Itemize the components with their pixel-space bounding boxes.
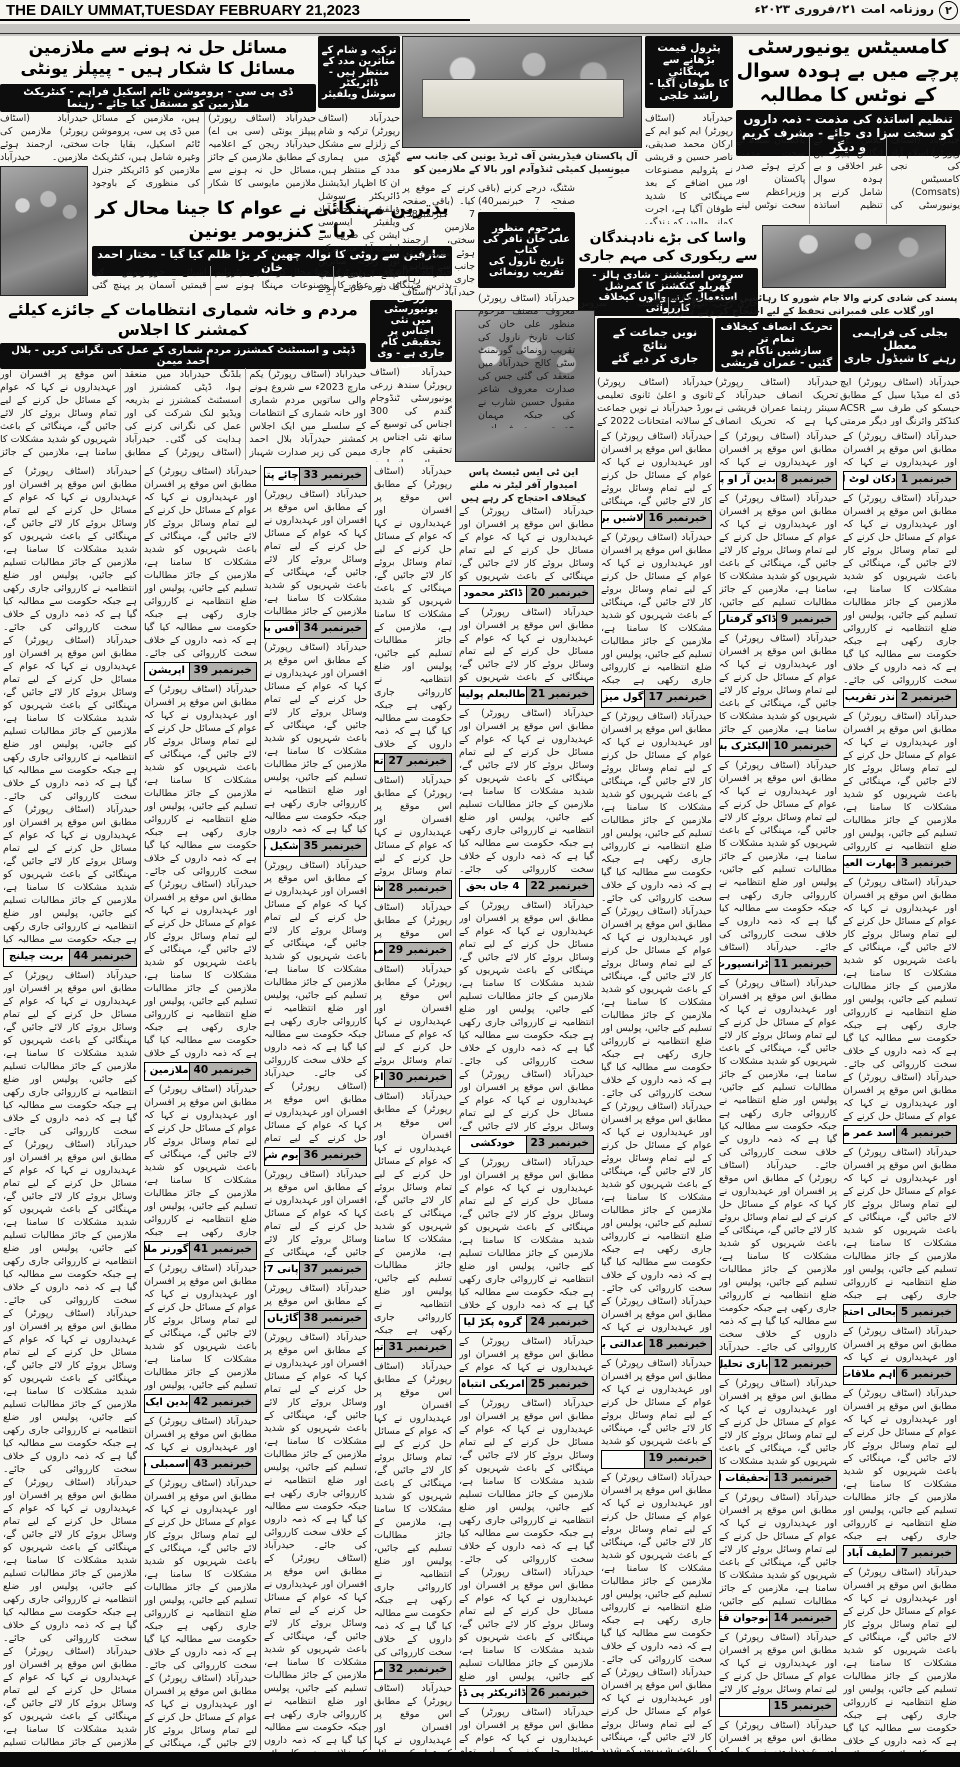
- news-item-title: تیز رفتاری: [375, 1340, 384, 1357]
- news-item-header: خبرنمبر 18عدالتی بائیکاٹ: [601, 1336, 712, 1355]
- news-body-text: حیدرآباد (اسٹاف رپورٹر) کے مطابق اس موقع…: [601, 430, 712, 508]
- news-item-title: ملازمین برطرفی: [145, 1063, 189, 1080]
- news-item-title: بدین آر او پلانٹ: [720, 472, 776, 489]
- news-body-text: حیدرآباد (اسٹاف رپورٹر) کے مطابق اس موقع…: [144, 683, 257, 1060]
- story-comsats-headline: کامسیٹس یونیورسٹی پرچے میں بے ہودہ سوال …: [736, 36, 960, 107]
- news-item-header: خبرنمبر 30اجتماع: [374, 1069, 452, 1088]
- news-body-text: حیدرآباد (اسٹاف رپورٹر) کے مطابق اس موقع…: [459, 1706, 594, 1758]
- tb-ninth-body: حیدرآباد (اسٹاف رپورٹر) ثانوی و اعلیٰ ثا…: [597, 376, 713, 426]
- news-item-title: الیکٹرک بسیں: [720, 739, 769, 756]
- news-item-header: خبرنمبر 11ٹرانسپورٹ: [719, 956, 837, 975]
- news-item-number: خبرنمبر 31: [384, 1340, 451, 1357]
- tb-comsats-body: حیدرآباد (اسٹاف رپورٹر) اسلام آباد کی نج…: [736, 134, 960, 224]
- news-item-title: امریکی انتباہ: [460, 1377, 526, 1394]
- news-body-text: حیدرآباد (اسٹاف رپورٹر) کے مطابق اس موقع…: [459, 606, 594, 684]
- news-item-number: خبرنمبر 27: [384, 754, 451, 771]
- news-item-title: گول میز کانفرنس: [602, 690, 644, 707]
- news-item-number: خبرنمبر 21: [526, 687, 593, 704]
- box-turkiye: ترکیہ و شام کے متاثرین مدد کے منتظر ہیں …: [318, 36, 400, 108]
- news-item-header: خبرنمبر 8بدین آر او پلانٹ: [719, 471, 837, 490]
- news-body-text: حیدرآباد (اسٹاف رپورٹر) کے مطابق اس موقع…: [719, 1377, 837, 1468]
- story-masail-subheadline: ڈی پی سی - پروموشن ٹائم اسکیل فراہم - کن…: [0, 84, 316, 112]
- news-item-number: خبرنمبر 1: [896, 472, 956, 489]
- news-item-header: خبرنمبر 33چائے پتی: [264, 467, 367, 486]
- col-7: حیدرآباد (اسٹاف رپورٹر) کے مطابق اس موقع…: [715, 430, 840, 1750]
- news-item-header: خبرنمبر 40ملازمین برطرفی: [144, 1062, 257, 1081]
- news-item-number: خبرنمبر 32: [384, 1662, 451, 1679]
- news-item-header: خبرنمبر 224 جاں بحق: [459, 878, 594, 897]
- news-item-number: خبرنمبر 10: [769, 739, 836, 756]
- news-body-text: حیدرآباد (اسٹاف رپورٹر) کے مطابق اس موقع…: [374, 1360, 452, 1659]
- news-item-header: خبرنمبر 4اسد عمر طلب: [843, 1125, 957, 1144]
- photo-portrait-left: [0, 166, 88, 296]
- caption-nts: این ٹی ایس ٹیسٹ پاس امیدوار آفر لیٹر نہ …: [452, 466, 595, 504]
- news-item-title: نذر تقریب: [844, 690, 896, 707]
- news-item-title: چائے پتی: [265, 468, 299, 485]
- news-item-number: خبرنمبر 42: [189, 1395, 256, 1412]
- news-body-text: حیدرآباد (اسٹاف رپورٹر) کے مطابق اس موقع…: [264, 488, 367, 618]
- news-item-title: آفس بحال: [265, 621, 299, 638]
- news-item-number: خبرنمبر 25: [526, 1377, 593, 1394]
- news-item-title: پانی 27 سال: [265, 1262, 299, 1279]
- news-item-title: 4 جاں بحق: [460, 879, 526, 896]
- news-item-number: خبرنمبر 19: [644, 1451, 711, 1468]
- news-item-number: خبرنمبر 22: [526, 879, 593, 896]
- news-item-number: خبرنمبر 43: [189, 1457, 256, 1474]
- news-body-text: حیدرآباد (اسٹاف رپورٹر) کے مطابق اس موقع…: [144, 1477, 257, 1750]
- news-body-text: حیدرآباد (اسٹاف رپورٹر) کے مطابق اس موقع…: [843, 710, 957, 853]
- box-pti: تحریک انصاف کیخلاف تمام تر سازشیں ناکام …: [715, 318, 838, 372]
- news-item-title: تعزیت: [375, 754, 384, 771]
- page-number-badge: ۲: [939, 1, 958, 20]
- news-item-title: ٹرانسپورٹ: [720, 957, 769, 974]
- news-item-header: خبرنمبر 36یوم شہادت: [264, 1147, 367, 1166]
- masthead-rule: [0, 19, 470, 21]
- news-item-number: خبرنمبر 24: [526, 1315, 593, 1332]
- col-3: خبرنمبر 33چائے پتیحیدرآباد (اسٹاف رپورٹر…: [260, 465, 370, 1750]
- news-item-title: بھارت العیض دریار: [844, 856, 896, 873]
- news-item-number: خبرنمبر 12: [769, 1357, 836, 1374]
- news-item-header: خبرنمبر 19: [601, 1450, 712, 1469]
- news-item-header: خبرنمبر 1دکان لوٹ لی: [843, 471, 957, 490]
- news-item-number: خبرنمبر 23: [526, 1136, 593, 1153]
- tb-manzoor-top: شٹنگ، درجے کرنے (باقی صفحہ 7 خبرنمبر40) …: [478, 182, 575, 210]
- news-item-title: مولانا عبدالحبیب عطاری: [375, 943, 384, 960]
- news-body-text: حیدرآباد (اسٹاف رپورٹر) کے مطابق اس موقع…: [719, 430, 837, 469]
- news-item-header: خبرنمبر 26ڈائریکٹر پی ڈی اے: [459, 1685, 594, 1704]
- news-item-number: خبرنمبر 40: [189, 1063, 256, 1080]
- news-item-title: خودکشی: [460, 1136, 526, 1153]
- news-item-title: اسمبلی سیکورٹی: [145, 1457, 189, 1474]
- news-item-title: ڈاکٹر محمود: [460, 586, 526, 603]
- news-item-header: خبرنمبر 44بریت چیلنج: [3, 948, 137, 967]
- news-item-title: گورنر ملاقات: [145, 1242, 189, 1259]
- header-divider: [0, 33, 960, 34]
- news-item-header: خبرنمبر 32مہنگائی ریلی: [374, 1661, 452, 1680]
- news-body-text: حیدرآباد (اسٹاف رپورٹر) کے مطابق اس موقع…: [459, 505, 594, 583]
- news-item-header: خبرنمبر 24گروہ پکڑ لیا: [459, 1314, 594, 1333]
- news-body-text: حیدرآباد (اسٹاف رپورٹر) کے مطابق اس موقع…: [3, 969, 137, 1749]
- news-item-number: خبرنمبر 2: [896, 690, 956, 707]
- news-item-title: یوم شہادت: [265, 1148, 299, 1165]
- news-item-title: نوجوان قتل: [720, 1611, 769, 1628]
- news-body-text: حیدرآباد (اسٹاف رپورٹر) کے مطابق اس موقع…: [374, 1682, 452, 1760]
- tb-masail-left: حیدرآباد (اسٹاف رپورٹر) ملازمین کی سختی،…: [0, 112, 88, 164]
- box-zarai: زرعی یونیورسٹی میں نئی اجناس پر تحقیقی ک…: [370, 300, 452, 362]
- news-item-header: خبرنمبر 5بحالی احتجاج: [843, 1304, 957, 1323]
- col-6: حیدرآباد (اسٹاف رپورٹر) کے مطابق اس موقع…: [597, 430, 715, 1750]
- news-item-number: خبرنمبر 6: [896, 1367, 956, 1384]
- news-item-header: خبرنمبر 29مولانا عبدالحبیب عطاری: [374, 942, 452, 961]
- news-item-header: خبرنمبر 28شکرانے کا اعلان: [374, 880, 452, 899]
- page-bottom-bar: [0, 1752, 960, 1767]
- news-item-header: خبرنمبر 31تیز رفتاری: [374, 1339, 452, 1358]
- news-item-header: خبرنمبر 17گول میز کانفرنس: [601, 689, 712, 708]
- news-item-header: خبرنمبر 20ڈاکٹر محمود: [459, 585, 594, 604]
- col-8: حیدرآباد (اسٹاف رپورٹر) کے مطابق اس موقع…: [840, 430, 960, 1750]
- news-body-text: حیدرآباد (اسٹاف رپورٹر) کے مطابق اس موقع…: [719, 759, 837, 954]
- news-item-header: خبرنمبر 13تحقیقات افسر مقرر: [719, 1470, 837, 1489]
- news-body-text: حیدرآباد (اسٹاف رپورٹر) کے مطابق اس موقع…: [719, 1491, 837, 1608]
- story-census: مردم و خانہ شماری انتظامات کے جائزے کیلئ…: [0, 300, 366, 369]
- news-item-header: خبرنمبر 9ڈاکو گرفتار: [719, 611, 837, 630]
- news-item-header: خبرنمبر 25امریکی انتباہ: [459, 1376, 594, 1395]
- news-item-title: لاشیں برآمد: [602, 511, 644, 528]
- news-body-text: حیدرآباد (اسٹاف رپورٹر) کے مطابق اس موقع…: [3, 465, 137, 946]
- news-item-header: خبرنمبر 12بازی تحلیل: [719, 1356, 837, 1375]
- news-item-title: اپریشن: [145, 663, 189, 680]
- news-item-number: خبرنمبر 30: [384, 1070, 451, 1087]
- photo-couple: [762, 225, 946, 288]
- news-item-number: خبرنمبر 29: [384, 943, 451, 960]
- news-item-header: خبرنمبر 43اسمبلی سیکورٹی: [144, 1456, 257, 1475]
- newspaper-page: THE DAILY UMMAT,TUESDAY FEBRUARY 21,2023…: [0, 0, 960, 1767]
- news-item-number: خبرنمبر 3: [896, 856, 956, 873]
- caption-protest: آل پاکستان فیڈریشن آف ٹریڈ یونین کی جانب…: [402, 150, 642, 178]
- story-wasa-headline: واسا کی بڑے نادہندگان سے ریکوری کی مہم ج…: [578, 230, 758, 265]
- news-body-text: حیدرآباد (اسٹاف رپورٹر) کے مطابق اس موقع…: [374, 901, 452, 940]
- news-item-title: ڈائریکٹر پی ڈی اے: [460, 1686, 526, 1703]
- news-body-text: حیدرآباد (اسٹاف رپورٹر) کے مطابق اس موقع…: [264, 1168, 367, 1259]
- news-item-number: خبرنمبر 5: [896, 1305, 956, 1322]
- news-item-number: خبرنمبر 18: [644, 1337, 711, 1354]
- news-body-text: حیدرآباد (اسٹاف رپورٹر) کے مطابق اس موقع…: [459, 1397, 594, 1683]
- story-masail: مسائل حل نہ ہونے سے ملازمین مسائل کا شکا…: [0, 38, 316, 112]
- news-body-text: حیدرآباد (اسٹاف رپورٹر) کے مطابق اس موقع…: [264, 641, 367, 836]
- news-item-title: عدالتی بائیکاٹ: [602, 1337, 644, 1354]
- news-body-text: حیدرآباد (اسٹاف رپورٹر) کے مطابق اس موقع…: [459, 1335, 594, 1374]
- news-body-text: حیدرآباد (اسٹاف رپورٹر) کے مطابق اس موقع…: [459, 1156, 594, 1312]
- box-ninth: نویں جماعت کے نتائج جاری کر دیے گئے: [597, 318, 713, 372]
- news-item-number: خبرنمبر 38: [299, 1311, 366, 1328]
- news-item-title: بازی تحلیل: [720, 1357, 769, 1374]
- news-item-header: خبرنمبر 37پانی 27 سال: [264, 1261, 367, 1280]
- news-body-text: حیدرآباد (اسٹاف رپورٹر) کے مطابق اس موقع…: [601, 1357, 712, 1448]
- news-item-number: خبرنمبر 7: [896, 1546, 956, 1563]
- news-item-header: خبرنمبر 35شکیل رہنما: [264, 838, 367, 857]
- news-item-title: گاڑیاں ضبط: [265, 1311, 299, 1328]
- story-masail-headline: مسائل حل نہ ہونے سے ملازمین مسائل کا شکا…: [0, 38, 316, 81]
- news-item-header: خبرنمبر 23خودکشی: [459, 1135, 594, 1154]
- news-item-header: خبرنمبر 3بھارت العیض دریار: [843, 855, 957, 874]
- news-item-title: اسد عمر طلب: [844, 1126, 896, 1143]
- news-item-number: خبرنمبر 39: [189, 663, 256, 680]
- news-item-number: خبرنمبر 33: [299, 468, 366, 485]
- tb-masail-body: حیدرآباد (اسٹاف رپورٹر) پیپلز یونٹی (سی …: [92, 112, 316, 194]
- news-item-number: خبرنمبر 35: [299, 839, 366, 856]
- news-item-number: خبرنمبر 20: [526, 586, 593, 603]
- news-body-text: حیدرآباد (اسٹاف رپورٹر) کے مطابق اس موقع…: [144, 1415, 257, 1454]
- news-item-number: خبرنمبر 37: [299, 1262, 366, 1279]
- news-body-text: حیدرآباد (اسٹاف رپورٹر) کے مطابق اس موقع…: [374, 774, 452, 878]
- news-item-number: خبرنمبر 34: [299, 621, 366, 638]
- news-body-text: حیدرآباد (اسٹاف رپورٹر) کے مطابق اس موقع…: [719, 977, 837, 1354]
- tb-pti-body: حیدرآباد (اسٹاف رپورٹر) تحریک انصاف حیدر…: [715, 376, 838, 426]
- news-item-header: خبرنمبر 42بدین ایک ہلاک: [144, 1394, 257, 1413]
- col-2: حیدرآباد (اسٹاف رپورٹر) کے مطابق اس موقع…: [140, 465, 260, 1750]
- news-item-number: خبرنمبر 4: [896, 1126, 956, 1143]
- news-item-title: دکان لوٹ لی: [844, 472, 896, 489]
- box-manzoor: مرحوم منظور علی خان نافر کی کتاب تاریخ ن…: [478, 212, 575, 288]
- news-item-title: ڈاکو گرفتار: [720, 612, 776, 629]
- news-item-header: خبرنمبر 10الیکٹرک بسیں: [719, 738, 837, 757]
- news-body-text: حیدرآباد (اسٹاف رپورٹر) کے مطابق اس موقع…: [843, 1146, 957, 1302]
- news-body-text: حیدرآباد (اسٹاف رپورٹر) کے مطابق اس موقع…: [144, 1083, 257, 1239]
- news-body-text: حیدرآباد (اسٹاف رپورٹر) کے مطابق اس موقع…: [719, 492, 837, 609]
- news-body-text: حیدرآباد (اسٹاف رپورٹر) کے مطابق اس موقع…: [374, 465, 452, 751]
- news-item-title: شکرانے کا اعلان: [375, 881, 384, 898]
- news-item-number: خبرنمبر 28: [384, 881, 451, 898]
- news-item-title: [602, 1451, 644, 1468]
- col-1: حیدرآباد (اسٹاف رپورٹر) کے مطابق اس موقع…: [0, 465, 140, 1750]
- news-item-title: اجتماع: [375, 1070, 384, 1087]
- news-item-title: طالبعلم پولیس خوف: [460, 687, 526, 704]
- tb-census-body: حیدرآباد (اسٹاف رپورٹر) یکم مارچ 2023ء س…: [0, 368, 366, 460]
- news-body-text: حیدرآباد (اسٹاف رپورٹر) کے مطابق اس موقع…: [264, 859, 367, 1145]
- news-item-header: خبرنمبر 41گورنر ملاقات: [144, 1241, 257, 1260]
- news-body-text: حیدرآباد (اسٹاف رپورٹر) کے مطابق اس موقع…: [843, 492, 957, 687]
- news-item-title: شکیل رہنما: [265, 839, 299, 856]
- news-item-header: خبرنمبر 14نوجوان قتل: [719, 1610, 837, 1629]
- news-body-text: حیدرآباد (اسٹاف رپورٹر) کے مطابق اس موقع…: [601, 710, 712, 1334]
- news-item-number: خبرنمبر 14: [769, 1611, 836, 1628]
- news-item-number: خبرنمبر 9: [776, 612, 836, 629]
- box-petrol: پٹرول قیمت بڑھانے سے مہنگائی کا طوفان آگ…: [645, 36, 733, 108]
- news-body-text: حیدرآباد (اسٹاف رپورٹر) کے مطابق اس موقع…: [843, 1325, 957, 1364]
- news-item-title: مہنگائی ریلی: [375, 1662, 384, 1679]
- news-item-header: خبرنمبر 15: [719, 1698, 837, 1717]
- news-item-title: [720, 1699, 769, 1716]
- news-body-text: حیدرآباد (اسٹاف رپورٹر) کے مطابق اس موقع…: [264, 1282, 367, 1308]
- news-item-title: بحالی احتجاج: [844, 1305, 896, 1322]
- news-item-title: لطیف آباد کرایہ: [844, 1546, 896, 1563]
- news-item-header: خبرنمبر 16لاشیں برآمد: [601, 510, 712, 529]
- tb-mehngai-body: حیدرآباد (اسٹاف رپورٹر) بدترین مہنگائی ن…: [92, 266, 452, 296]
- header-gray-bar: [0, 24, 960, 36]
- news-body-text: حیدرآباد (اسٹاف رپورٹر) کے مطابق اس موقع…: [843, 876, 957, 1123]
- masthead-title-english: THE DAILY UMMAT,TUESDAY FEBRUARY 21,2023: [6, 2, 360, 19]
- news-item-header: خبرنمبر 38گاڑیاں ضبط: [264, 1310, 367, 1329]
- news-item-title: بدین ایک ہلاک: [145, 1395, 189, 1412]
- news-body-text: حیدرآباد (اسٹاف رپورٹر) کے مطابق اس موقع…: [374, 1090, 452, 1337]
- news-body-text: حیدرآباد (اسٹاف رپورٹر) کے مطابق اس موقع…: [843, 1566, 957, 1761]
- news-item-header: خبرنمبر 7لطیف آباد کرایہ: [843, 1545, 957, 1564]
- story-census-subheadline: ڈپٹی و اسسٹنٹ کمشنرز مردم شماری کے عمل ک…: [0, 343, 366, 369]
- news-item-title: گروہ پکڑ لیا: [460, 1315, 526, 1332]
- tb-manzoor-body: حیدرآباد (اسٹاف رپورٹر) معروف مصنف مرحوم…: [478, 292, 575, 428]
- news-body-text: حیدرآباد (اسٹاف رپورٹر) کے مطابق اس موقع…: [459, 899, 594, 1133]
- news-body-text: حیدرآباد (اسٹاف رپورٹر) کے مطابق اس موقع…: [601, 531, 712, 687]
- news-item-title: تحقیقات افسر مقرر: [720, 1471, 769, 1488]
- news-item-header: خبرنمبر 34آفس بحال: [264, 620, 367, 639]
- news-body-text: حیدرآباد (اسٹاف رپورٹر) کے مطابق اس موقع…: [264, 1331, 367, 1760]
- masthead-date-urdu: روزنامہ امت ۲۱؍فروری ۲۰۲۳ء: [755, 2, 934, 16]
- news-item-number: خبرنمبر 16: [644, 511, 711, 528]
- news-item-number: خبرنمبر 44: [69, 949, 136, 966]
- news-item-number: خبرنمبر 13: [769, 1471, 836, 1488]
- news-body-text: حیدرآباد (اسٹاف رپورٹر) کے مطابق اس موقع…: [843, 430, 957, 469]
- news-item-title: اہم ملاقات: [844, 1367, 896, 1384]
- news-item-header: خبرنمبر 39اپریشن: [144, 662, 257, 681]
- news-item-header: خبرنمبر 27تعزیت: [374, 753, 452, 772]
- news-body-text: حیدرآباد (اسٹاف رپورٹر) کے مطابق اس موقع…: [144, 465, 257, 660]
- news-item-number: خبرنمبر 41: [189, 1242, 256, 1259]
- news-body-text: حیدرآباد (اسٹاف رپورٹر) کے مطابق اس موقع…: [601, 1471, 712, 1757]
- news-item-header: خبرنمبر 6اہم ملاقات: [843, 1366, 957, 1385]
- news-body-text: حیدرآباد (اسٹاف رپورٹر) کے مطابق اس موقع…: [719, 1631, 837, 1696]
- tb-wasa-body: جاری رہی، انہوں نے مختلف سروس اسٹیشنز، ش…: [578, 297, 758, 315]
- news-item-header: خبرنمبر 2نذر تقریب: [843, 689, 957, 708]
- news-body-text: حیدرآباد (اسٹاف رپورٹر) کے مطابق اس موقع…: [719, 632, 837, 736]
- tb-zarai-body: حیدرآباد (اسٹاف رپورٹر) سندھ زرعی یونیور…: [370, 366, 452, 462]
- news-item-number: خبرنمبر 36: [299, 1148, 366, 1165]
- news-item-number: خبرنمبر 8: [776, 472, 836, 489]
- news-body-text: حیدرآباد (اسٹاف رپورٹر) کے مطابق اس موقع…: [374, 963, 452, 1067]
- tb-power-body: حیدرآباد (اسٹاف رپورٹر) ایچ ڈی اے میڈیا …: [840, 376, 960, 426]
- news-item-number: خبرنمبر 26: [526, 1686, 593, 1703]
- tb-petrol-body: حیدرآباد (اسٹاف رپورٹر) ایم کیو ایم کے ا…: [645, 112, 733, 224]
- news-item-header: خبرنمبر 21طالبعلم پولیس خوف: [459, 686, 594, 705]
- news-body-text: حیدرآباد (اسٹاف رپورٹر) کے مطابق اس موقع…: [459, 707, 594, 876]
- news-item-title: بریت چیلنج: [4, 949, 69, 966]
- photo-protest-banner: [402, 36, 642, 148]
- news-body-text: حیدرآباد (اسٹاف رپورٹر) کے مطابق اس موقع…: [843, 1387, 957, 1543]
- box-power: بجلی کی فراہمی معطل رہنے کا شیڈول جاری: [840, 318, 960, 372]
- news-item-number: خبرنمبر 17: [644, 690, 711, 707]
- news-item-number: خبرنمبر 11: [769, 957, 836, 974]
- col-4: حیدرآباد (اسٹاف رپورٹر) کے مطابق اس موقع…: [370, 465, 455, 1750]
- news-body-text: حیدرآباد (اسٹاف رپورٹر) کے مطابق اس موقع…: [144, 1262, 257, 1392]
- col-5: حیدرآباد (اسٹاف رپورٹر) کے مطابق اس موقع…: [455, 505, 597, 1750]
- news-item-number: خبرنمبر 15: [769, 1699, 836, 1716]
- story-census-headline: مردم و خانہ شماری انتظامات کے جائزے کیلئ…: [0, 300, 366, 340]
